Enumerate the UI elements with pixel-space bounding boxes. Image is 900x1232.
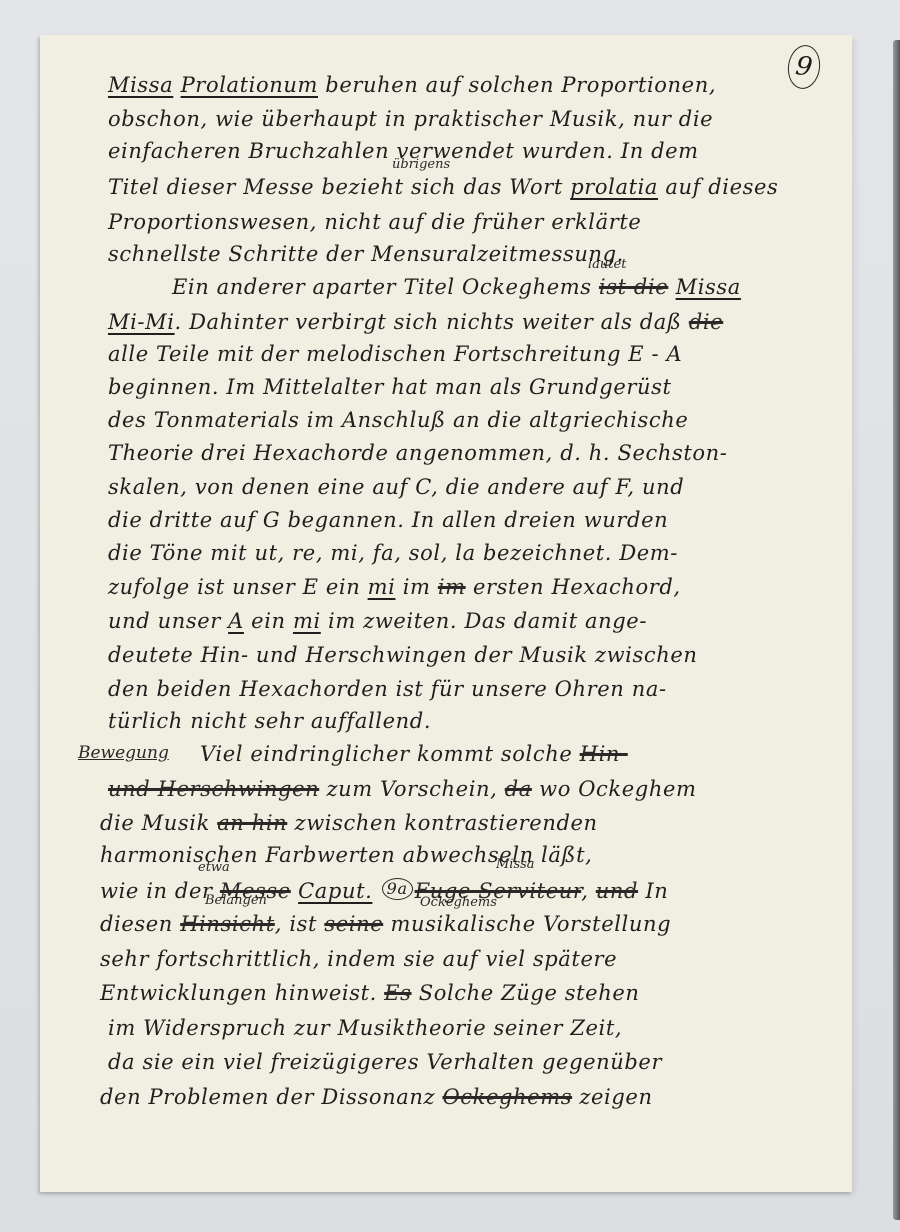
text-segment: . Dahinter verbirgt sich nichts weiter a…: [175, 310, 689, 334]
struck-text: im: [438, 575, 466, 599]
manuscript-line: die Töne mit ut, re, mi, fa, sol, la bez…: [108, 541, 678, 565]
struck-text: Hin-: [580, 742, 628, 766]
manuscript-line: und unser A ein mi im zweiten. Das damit…: [108, 609, 647, 633]
text-segment: Entwicklungen hinweist.: [100, 981, 384, 1005]
text-segment: im zweiten. Das damit ange-: [321, 609, 647, 633]
manuscript-line: Proportionswesen, nicht auf die früher e…: [108, 210, 641, 234]
text-segment: Theorie drei Hexachorde angenommen, d. h…: [108, 441, 727, 465]
text-segment: zwischen kontrastierenden: [287, 811, 597, 835]
margin-note: Bewegung: [78, 743, 169, 763]
text-segment: Proportionswesen, nicht auf die früher e…: [108, 210, 641, 234]
manuscript-line: im Widerspruch zur Musiktheorie seiner Z…: [108, 1016, 622, 1040]
manuscript-line: türlich nicht sehr auffallend.: [108, 709, 431, 733]
manuscript-line: des Tonmaterials im Anschluß an die altg…: [108, 408, 688, 432]
manuscript-line: diesen Hinsicht, ist seine musikalische …: [100, 912, 671, 936]
underlined-text: Caput.: [298, 879, 372, 903]
text-segment: zeigen: [572, 1085, 652, 1109]
text-segment: , ist: [275, 912, 325, 936]
text-segment: und unser: [108, 609, 228, 633]
struck-text: seine: [324, 912, 383, 936]
text-segment: [372, 879, 379, 903]
manuscript-line: da sie ein viel freizügigeres Verhalten …: [108, 1050, 662, 1074]
manuscript-line: den beiden Hexachorden ist für unsere Oh…: [108, 677, 667, 701]
text-segment: wo Ockeghem: [532, 777, 697, 801]
struck-text: an hin: [217, 811, 287, 835]
text-segment: zum Vorschein,: [319, 777, 504, 801]
text-segment: ein: [244, 609, 293, 633]
underlined-text: Missa: [676, 275, 741, 299]
manuscript-line: Ein anderer aparter Titel Ockeghems ist …: [172, 275, 741, 299]
manuscript-line: Viel eindringlicher kommt solche Hin-: [200, 742, 628, 766]
text-segment: [173, 73, 180, 97]
manuscript-line: beginnen. Im Mittelalter hat man als Gru…: [108, 375, 672, 399]
text-segment: da sie ein viel freizügigeres Verhalten …: [108, 1050, 662, 1074]
text-segment: diesen: [100, 912, 180, 936]
text-segment: Titel dieser Messe bezieht sich das Wort: [108, 175, 570, 199]
manuscript-line: wie in der Messe Caput. 9aFuge Serviteur…: [100, 878, 668, 903]
underlined-text: Mi-Mi: [108, 310, 175, 334]
struck-text: Ockeghems: [442, 1085, 572, 1109]
struck-text: ist die: [599, 275, 668, 299]
manuscript-line: den Problemen der Dissonanz Ockeghems ze…: [100, 1085, 653, 1109]
interlinear-insertion: etwa: [198, 860, 230, 875]
text-segment: die Töne mit ut, re, mi, fa, sol, la bez…: [108, 541, 678, 565]
underlined-text: Prolationum: [181, 73, 318, 97]
struck-text: Es: [384, 981, 411, 1005]
text-segment: obschon, wie überhaupt in praktischer Mu…: [108, 107, 713, 131]
text-segment: In: [638, 879, 668, 903]
underlined-text: Missa: [108, 73, 173, 97]
text-segment: die Musik: [100, 811, 217, 835]
text-segment: den beiden Hexachorden ist für unsere Oh…: [108, 677, 667, 701]
text-segment: schnellste Schritte der Mensuralzeitmess…: [108, 242, 624, 266]
struck-text: Hinsicht: [180, 912, 275, 936]
manuscript-line: Entwicklungen hinweist. Es Solche Züge s…: [100, 981, 639, 1005]
text-segment: alle Teile mit der melodischen Fortschre…: [108, 342, 682, 366]
struck-text: da: [505, 777, 532, 801]
text-segment: sehr fortschrittlich, indem sie auf viel…: [100, 947, 617, 971]
manuscript-line: Mi-Mi. Dahinter verbirgt sich nichts wei…: [108, 310, 723, 334]
text-segment: [668, 275, 675, 299]
text-segment: den Problemen der Dissonanz: [100, 1085, 442, 1109]
manuscript-line: Missa Prolationum beruhen auf solchen Pr…: [108, 73, 716, 97]
text-segment: ersten Hexachord,: [466, 575, 681, 599]
interlinear-insertion: lautet: [588, 257, 626, 272]
struck-text: und Herschwingen: [108, 777, 319, 801]
text-segment: beginnen. Im Mittelalter hat man als Gru…: [108, 375, 672, 399]
page-number-circled: 9: [785, 43, 823, 91]
text-segment: die dritte auf G begannen. In allen drei…: [108, 508, 668, 532]
text-segment: türlich nicht sehr auffallend.: [108, 709, 431, 733]
manuscript-line: sehr fortschrittlich, indem sie auf viel…: [100, 947, 617, 971]
underlined-text: prolatia: [570, 175, 658, 199]
manuscript-line: schnellste Schritte der Mensuralzeitmess…: [108, 242, 624, 266]
text-segment: zufolge ist unser E ein: [108, 575, 368, 599]
interlinear-insertion: übrigens: [392, 157, 450, 172]
underlined-text: A: [228, 609, 244, 633]
manuscript-line: alle Teile mit der melodischen Fortschre…: [108, 342, 682, 366]
underlined-text: mi: [293, 609, 321, 633]
text-segment: Ein anderer aparter Titel Ockeghems: [172, 275, 599, 299]
text-segment: im Widerspruch zur Musiktheorie seiner Z…: [108, 1016, 622, 1040]
manuscript-line: die Musik an hin zwischen kontrastierend…: [100, 811, 598, 835]
manuscript-line: Theorie drei Hexachorde angenommen, d. h…: [108, 441, 727, 465]
text-segment: deutete Hin- und Herschwingen der Musik …: [108, 643, 698, 667]
underlined-text: mi: [368, 575, 396, 599]
interlinear-insertion: Ockeghems: [420, 895, 497, 910]
manuscript-line: Titel dieser Messe bezieht sich das Wort…: [108, 175, 778, 199]
text-segment: ,: [581, 879, 596, 903]
struck-text: und: [596, 879, 638, 903]
adjacent-object-edge: [893, 40, 900, 1220]
text-segment: auf dieses: [658, 175, 778, 199]
manuscript-line: die dritte auf G begannen. In allen drei…: [108, 508, 668, 532]
figure-reference-circled: 9a: [382, 878, 413, 900]
manuscript-page: 9 Missa Prolationum beruhen auf solchen …: [40, 35, 852, 1192]
text-segment: im: [395, 575, 437, 599]
manuscript-line: deutete Hin- und Herschwingen der Musik …: [108, 643, 698, 667]
text-segment: skalen, von denen eine auf C, die andere…: [108, 475, 684, 499]
text-segment: musikalische Vorstellung: [383, 912, 671, 936]
interlinear-insertion: Missa: [496, 857, 535, 872]
text-segment: des Tonmaterials im Anschluß an die altg…: [108, 408, 688, 432]
text-segment: Solche Züge stehen: [411, 981, 639, 1005]
manuscript-line: zufolge ist unser E ein mi im im ersten …: [108, 575, 681, 599]
text-segment: Viel eindringlicher kommt solche: [200, 742, 580, 766]
struck-text: die: [689, 310, 723, 334]
text-segment: wie in der: [100, 879, 220, 903]
manuscript-line: und Herschwingen zum Vorschein, da wo Oc…: [108, 777, 696, 801]
manuscript-line: skalen, von denen eine auf C, die andere…: [108, 475, 684, 499]
text-segment: beruhen auf solchen Proportionen,: [318, 73, 716, 97]
manuscript-line: obschon, wie überhaupt in praktischer Mu…: [108, 107, 713, 131]
interlinear-insertion: Belangen: [205, 893, 267, 908]
